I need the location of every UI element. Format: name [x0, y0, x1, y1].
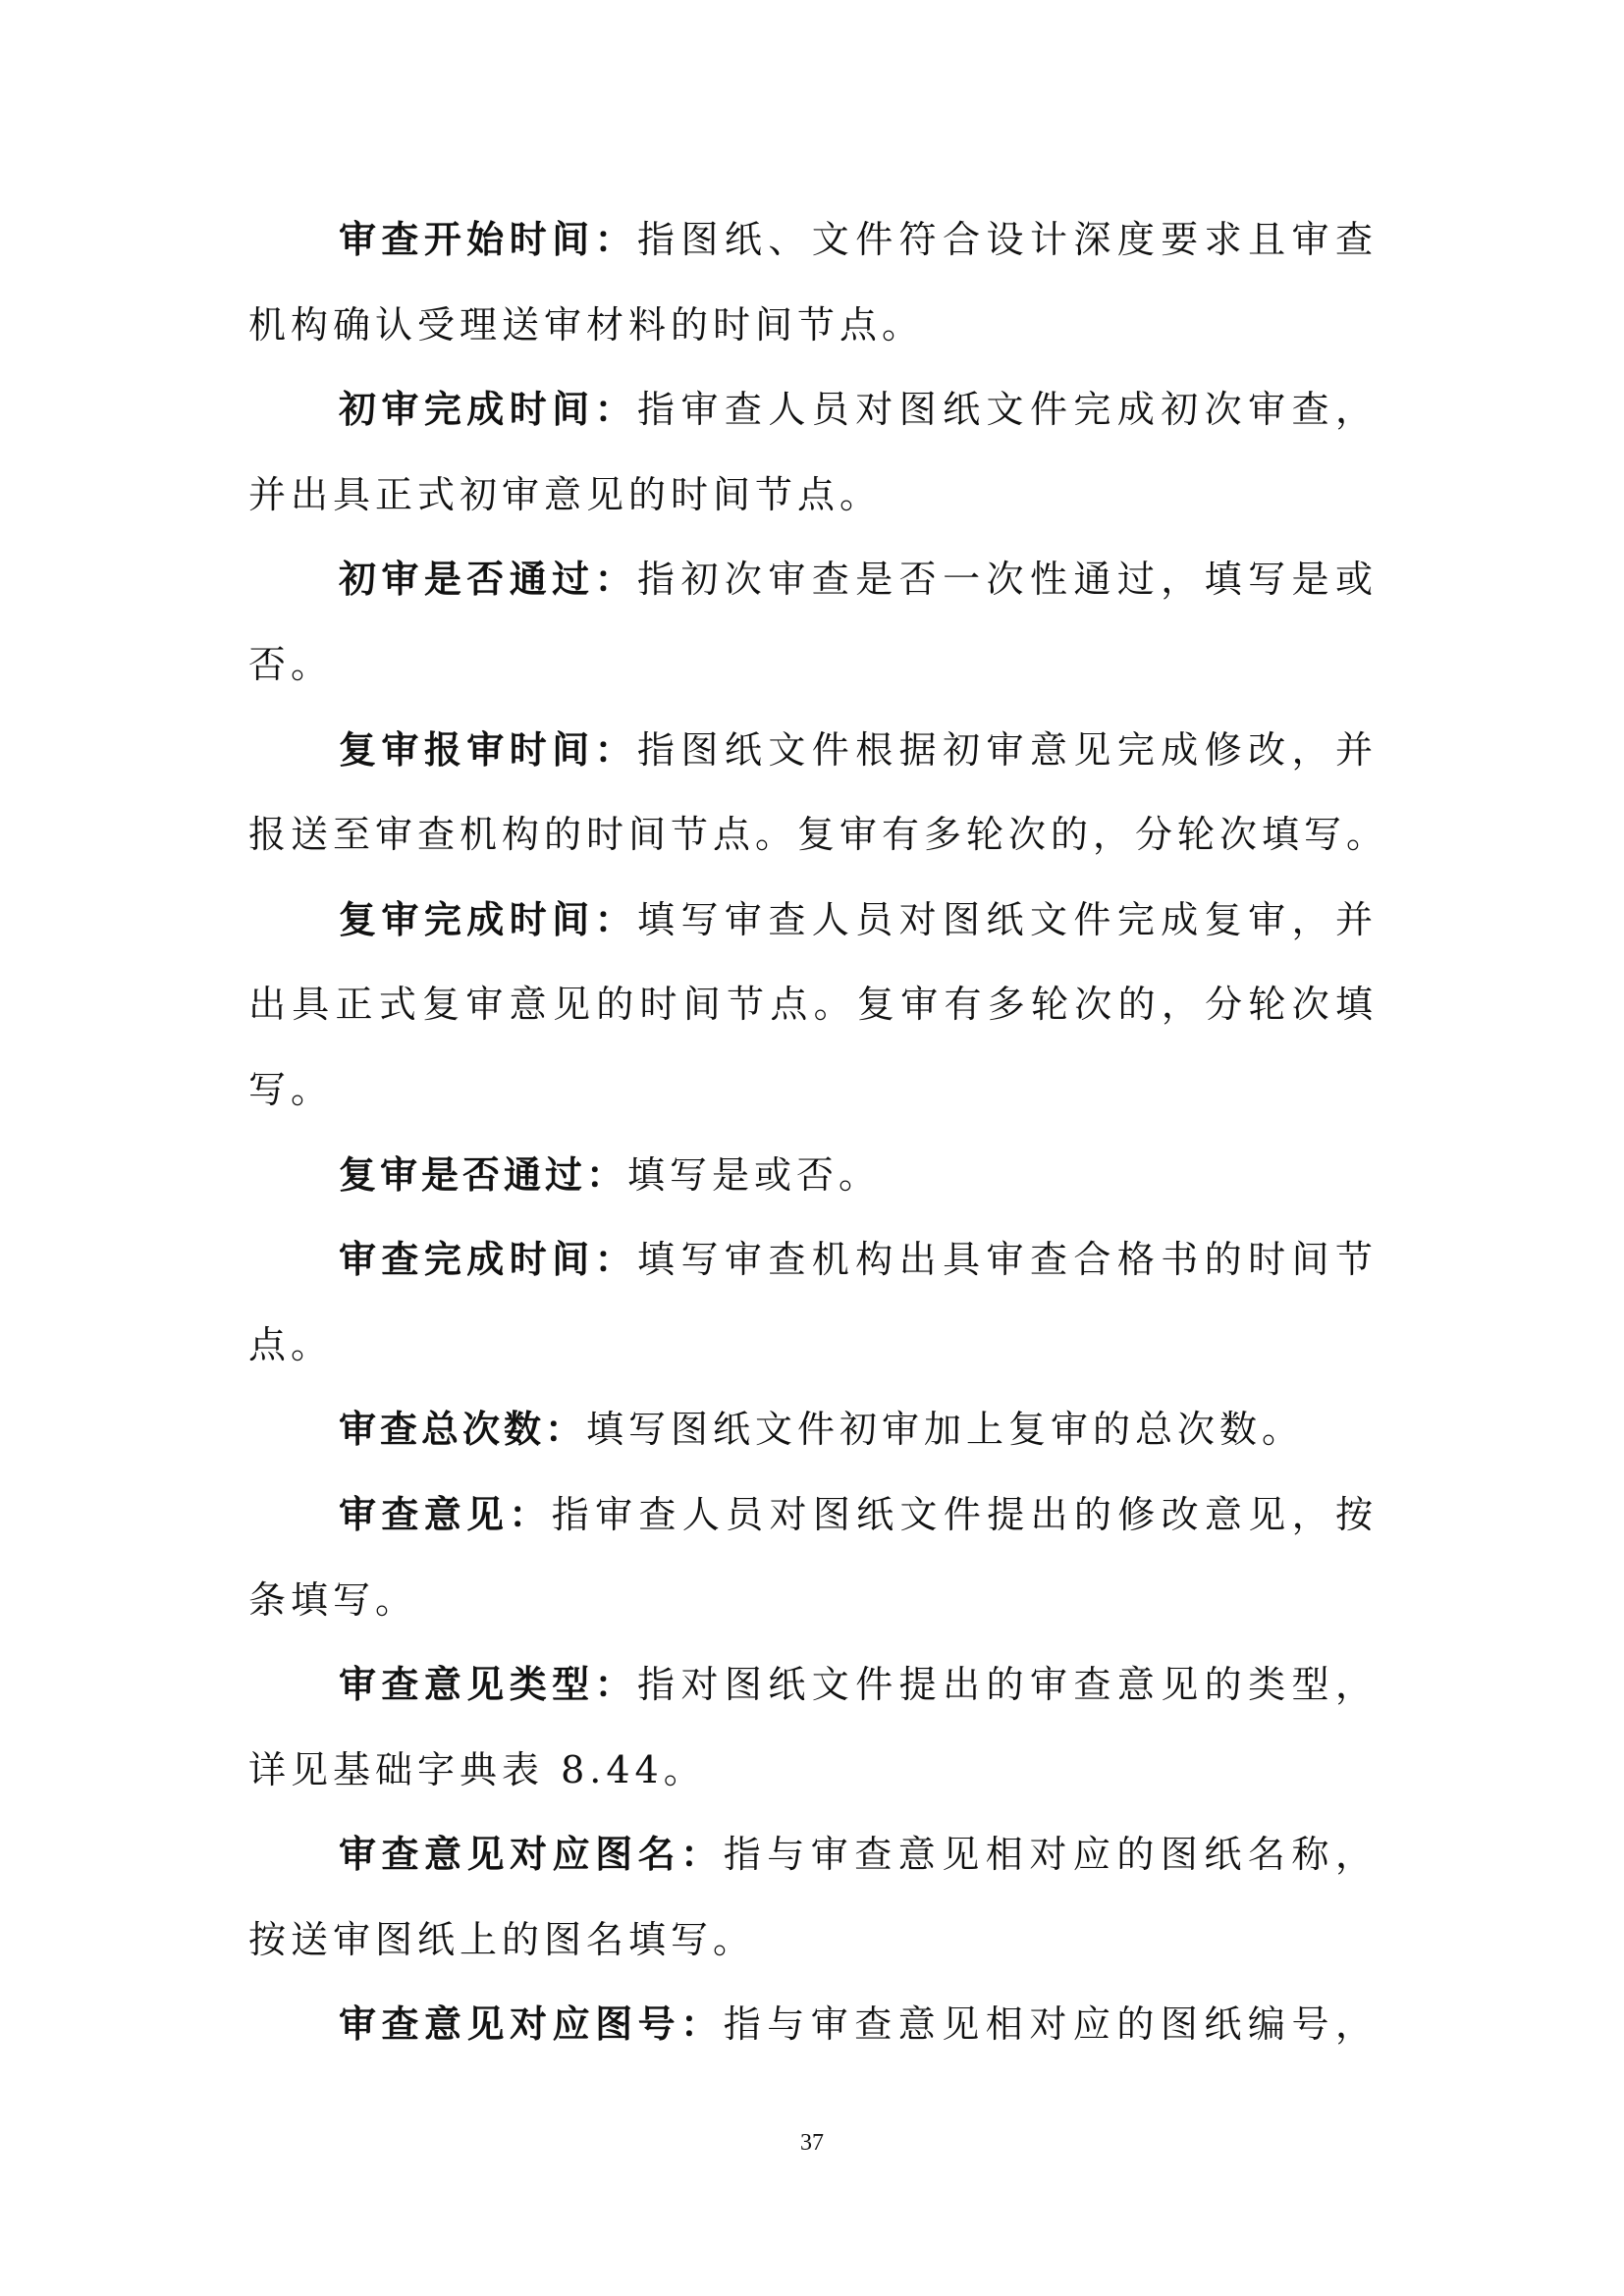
definition-line-start: 审查意见类型：指对图纸文件提出的审查意见的类型，: [248, 1663, 1378, 1748]
definition-line-continuation: 机构确认受理送审材料的时间节点。: [248, 303, 1378, 389]
term-label: 审查意见：: [339, 1493, 552, 1536]
definition-line-start: 复审完成时间：填写审查人员对图纸文件完成复审，并: [248, 898, 1378, 984]
term-label: 复审完成时间：: [339, 898, 637, 941]
document-page: 审查开始时间：指图纸、文件符合设计深度要求且审查机构确认受理送审材料的时间节点。…: [0, 0, 1624, 2296]
definition-line-start: 审查总次数：填写图纸文件初审加上复审的总次数。: [248, 1408, 1378, 1493]
definition-text: 指审查人员对图纸文件提出的修改意见，按: [552, 1493, 1378, 1536]
definition-line-start: 初审是否通过：指初次审查是否一次性通过，填写是或: [248, 558, 1378, 643]
definition-text: 指对图纸文件提出的审查意见的类型，: [637, 1663, 1378, 1706]
definition-line-start: 审查完成时间：填写审查机构出具审查合格书的时间节: [248, 1238, 1378, 1323]
definition-text: 填写审查机构出具审查合格书的时间节: [637, 1238, 1378, 1281]
term-label: 审查意见对应图名：: [339, 1833, 724, 1876]
definition-text: 指图纸文件根据初审意见完成修改，并: [637, 728, 1378, 772]
definition-text: 填写审查人员对图纸文件完成复审，并: [637, 898, 1378, 941]
term-label: 审查总次数：: [339, 1408, 586, 1451]
term-label: 审查意见类型：: [339, 1663, 637, 1706]
definition-text: 出具正式复审意见的时间节点。复审有多轮次的，分轮次填: [248, 983, 1378, 1026]
definition-text: 条填写。: [248, 1578, 417, 1622]
definition-line-start: 审查开始时间：指图纸、文件符合设计深度要求且审查: [248, 218, 1378, 303]
definition-text: 写。: [248, 1068, 333, 1111]
definition-line-start: 审查意见：指审查人员对图纸文件提出的修改意见，按: [248, 1493, 1378, 1578]
definition-line-continuation: 条填写。: [248, 1578, 1378, 1664]
term-label: 审查意见对应图号：: [339, 2002, 724, 2046]
term-label: 审查开始时间：: [339, 218, 637, 261]
definition-line-continuation: 详见基础字典表 8.44。: [248, 1748, 1378, 1834]
term-label: 初审完成时间：: [339, 388, 637, 431]
term-label: 复审报审时间：: [339, 728, 637, 772]
definition-line-continuation: 报送至审查机构的时间节点。复审有多轮次的，分轮次填写。: [248, 813, 1378, 898]
definition-line-continuation: 否。: [248, 643, 1378, 728]
definition-line-start: 复审是否通过：填写是或否。: [248, 1153, 1378, 1239]
definition-text: 点。: [248, 1323, 333, 1366]
definition-text: 填写是或否。: [627, 1153, 881, 1197]
definition-text: 并出具正式初审意见的时间节点。: [248, 473, 882, 516]
definition-line-continuation: 出具正式复审意见的时间节点。复审有多轮次的，分轮次填: [248, 983, 1378, 1068]
definition-text: 指与审查意见相对应的图纸名称，: [724, 1833, 1378, 1876]
definition-line-start: 初审完成时间：指审查人员对图纸文件完成初次审查，: [248, 388, 1378, 473]
definition-text: 指审查人员对图纸文件完成初次审查，: [637, 388, 1378, 431]
term-label: 初审是否通过：: [339, 558, 637, 601]
definition-text: 指图纸、文件符合设计深度要求且审查: [637, 218, 1378, 261]
definition-line-continuation: 写。: [248, 1068, 1378, 1153]
definition-text: 详见基础字典表 8.44。: [248, 1748, 706, 1791]
definition-text: 指与审查意见相对应的图纸编号，: [724, 2002, 1378, 2046]
definition-line-start: 审查意见对应图名：指与审查意见相对应的图纸名称，: [248, 1833, 1378, 1918]
definition-text: 否。: [248, 643, 333, 686]
term-label: 审查完成时间：: [339, 1238, 637, 1281]
definition-text: 按送审图纸上的图名填写。: [248, 1918, 755, 1961]
definition-text: 指初次审查是否一次性通过，填写是或: [637, 558, 1378, 601]
body-text: 审查开始时间：指图纸、文件符合设计深度要求且审查机构确认受理送审材料的时间节点。…: [248, 218, 1378, 2088]
page-number: 37: [0, 2130, 1624, 2157]
definition-text: 机构确认受理送审材料的时间节点。: [248, 303, 924, 347]
definition-line-continuation: 点。: [248, 1323, 1378, 1409]
definition-text: 填写图纸文件初审加上复审的总次数。: [586, 1408, 1304, 1451]
definition-text: 报送至审查机构的时间节点。复审有多轮次的，分轮次填写。: [248, 813, 1388, 856]
definition-line-continuation: 并出具正式初审意见的时间节点。: [248, 473, 1378, 559]
definition-line-start: 审查意见对应图号：指与审查意见相对应的图纸编号，: [248, 2002, 1378, 2088]
definition-line-continuation: 按送审图纸上的图名填写。: [248, 1918, 1378, 2003]
term-label: 复审是否通过：: [339, 1153, 627, 1197]
definition-line-start: 复审报审时间：指图纸文件根据初审意见完成修改，并: [248, 728, 1378, 814]
